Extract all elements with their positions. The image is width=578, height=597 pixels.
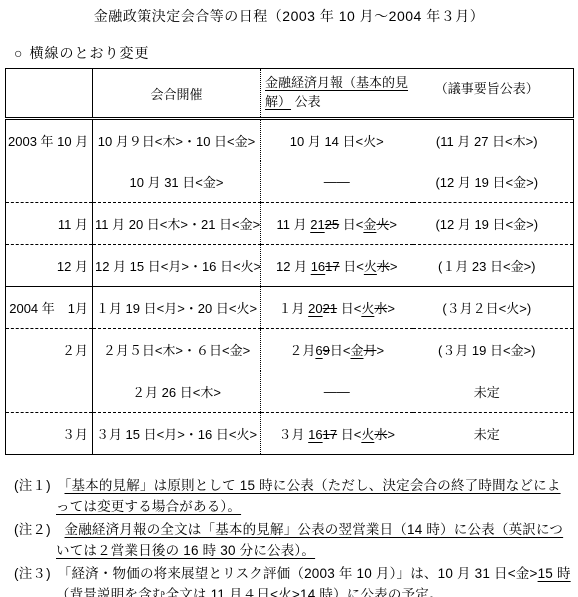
meeting-cell: 10 月９日<木>・10 日<金> bbox=[93, 119, 261, 161]
minutes-cell: (11 月 27 日<木>) bbox=[413, 119, 574, 161]
table-row: 2004 年 1月 １月 19 日<月>・20 日<火> １月 2021 日<火… bbox=[6, 287, 574, 329]
table-header: 会合開催 金融経済月報（基本的見解） 公表 （議事要旨公表） bbox=[6, 69, 574, 119]
meeting-cell: １月 19 日<月>・20 日<火> bbox=[93, 287, 261, 329]
header-row: 会合開催 金融経済月報（基本的見解） 公表 （議事要旨公表） bbox=[6, 69, 574, 119]
table-row: 11 月 11 月 20 日<木>・21 日<金> 11 月 2125 日<金火… bbox=[6, 203, 574, 245]
report-cell: 12 月 1617 日<火水> bbox=[261, 245, 413, 287]
minutes-cell: 未定 bbox=[413, 413, 574, 455]
month-cell: 11 月 bbox=[6, 203, 93, 245]
report-cell: ３月 1617 日<火水> bbox=[261, 413, 413, 455]
header-meeting: 会合開催 bbox=[93, 69, 261, 119]
footnote-2: (注２) 金融経済月報の全文は「基本的見解」公表の翌営業日（14 時）に公表（英… bbox=[14, 519, 572, 561]
document-page: 金融政策決定会合等の日程（2003 年 10 月～2004 年３月） ○横線のと… bbox=[0, 0, 578, 597]
month-cell: 12 月 bbox=[6, 245, 93, 287]
month-cell bbox=[6, 371, 93, 413]
page-title: 金融政策決定会合等の日程（2003 年 10 月～2004 年３月） bbox=[0, 0, 578, 26]
table-row: ３月 ３月 15 日<月>・16 日<火> ３月 1617 日<火水> 未定 bbox=[6, 413, 574, 455]
footnotes: (注１) 「基本的見解」は原則として 15 時に公表（ただし、決定会合の終了時間… bbox=[14, 475, 572, 597]
meeting-cell: 12 月 15 日<月>・16 日<火> bbox=[93, 245, 261, 287]
minutes-cell: (３月 19 日<金>) bbox=[413, 329, 574, 371]
table-row: 12 月 12 月 15 日<月>・16 日<火> 12 月 1617 日<火水… bbox=[6, 245, 574, 287]
minutes-cell: (３月２日<火>) bbox=[413, 287, 574, 329]
table-row: 10 月 31 日<金> ―― (12 月 19 日<金>) bbox=[6, 161, 574, 203]
meeting-cell: 10 月 31 日<金> bbox=[93, 161, 261, 203]
table-row: ２月 26 日<木> ―― 未定 bbox=[6, 371, 574, 413]
circle-marker: ○ bbox=[14, 45, 23, 61]
report-cell: 10 月 14 日<火> bbox=[261, 119, 413, 161]
minutes-cell: (12 月 19 日<金>) bbox=[413, 161, 574, 203]
report-cell: 11 月 2125 日<金火> bbox=[261, 203, 413, 245]
table-row: 2003 年 10 月 10 月９日<木>・10 日<金> 10 月 14 日<… bbox=[6, 119, 574, 161]
table-row: ２月 ２月５日<木>・６日<金> ２月69日<金月> (３月 19 日<金>) bbox=[6, 329, 574, 371]
report-cell: ―― bbox=[261, 371, 413, 413]
report-cell: １月 2021 日<火水> bbox=[261, 287, 413, 329]
header-minutes: （議事要旨公表） bbox=[413, 69, 574, 119]
month-cell: ２月 bbox=[6, 329, 93, 371]
month-cell: ３月 bbox=[6, 413, 93, 455]
meeting-cell: ３月 15 日<月>・16 日<火> bbox=[93, 413, 261, 455]
header-report: 金融経済月報（基本的見解） 公表 bbox=[261, 69, 413, 119]
report-cell: ２月69日<金月> bbox=[261, 329, 413, 371]
month-cell: 2004 年 1月 bbox=[6, 287, 93, 329]
table-body: 2003 年 10 月 10 月９日<木>・10 日<金> 10 月 14 日<… bbox=[6, 119, 574, 455]
header-month bbox=[6, 69, 93, 119]
meeting-cell: ２月５日<木>・６日<金> bbox=[93, 329, 261, 371]
minutes-cell: (１月 23 日<金>) bbox=[413, 245, 574, 287]
report-cell: ―― bbox=[261, 161, 413, 203]
month-cell bbox=[6, 161, 93, 203]
minutes-cell: (12 月 19 日<金>) bbox=[413, 203, 574, 245]
month-cell: 2003 年 10 月 bbox=[6, 119, 93, 161]
change-note: ○横線のとおり変更 bbox=[14, 43, 578, 63]
schedule-table: 会合開催 金融経済月報（基本的見解） 公表 （議事要旨公表） 2003 年 10… bbox=[5, 68, 574, 455]
change-note-text: 横線のとおり変更 bbox=[29, 45, 149, 61]
footnote-1: (注１) 「基本的見解」は原則として 15 時に公表（ただし、決定会合の終了時間… bbox=[14, 475, 572, 517]
meeting-cell: 11 月 20 日<木>・21 日<金> bbox=[93, 203, 261, 245]
minutes-cell: 未定 bbox=[413, 371, 574, 413]
meeting-cell: ２月 26 日<木> bbox=[93, 371, 261, 413]
footnote-3: (注３) 「経済・物価の将来展望とリスク評価（2003 年 10 月）」は、10… bbox=[14, 563, 572, 597]
